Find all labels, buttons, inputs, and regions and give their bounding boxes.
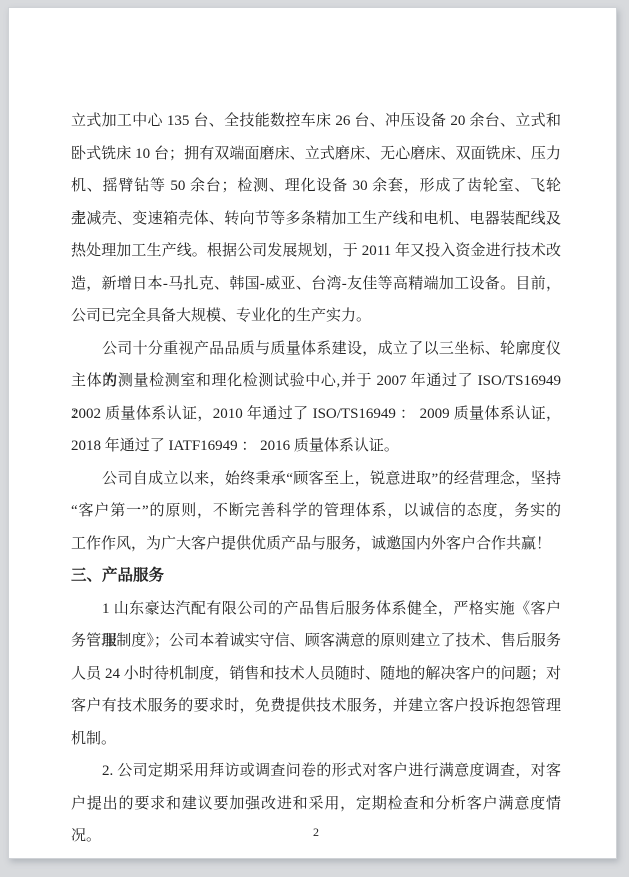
paragraph: 公司十分重视产品品质与质量体系建设，成立了以三坐标、轮廓度仪为 主体的测量检测室… — [71, 333, 561, 463]
text-line: 立式加工中心 135 台、全技能数控车床 26 台、冲压设备 20 余台、立式和 — [71, 105, 561, 138]
text-line: 公司自成立以来，始终秉承“顾客至上，锐意进取”的经营理念，坚持 — [71, 463, 561, 496]
text-line: 客户有技术服务的要求时，免费提供技术服务，并建立客户投诉抱怨管理 — [71, 690, 561, 723]
text-line: 人员 24 小时待机制度，销售和技术人员随时、随地的解决客户的问题；对 — [71, 658, 561, 691]
text-line: 主体的测量检测室和理化检测试验中心,并于 2007 年通过了 ISO/TS169… — [71, 365, 561, 398]
paragraph: 1 山东豪达汽配有限公司的产品售后服务体系健全，严格实施《客户服 务管理制度》；… — [71, 593, 561, 756]
text-line: 卧式铣床 10 台；拥有双端面磨床、立式磨床、无心磨床、双面铣床、压力 — [71, 138, 561, 171]
text-line: 2018 年通过了 IATF16949 ： 2016 质量体系认证。 — [71, 430, 561, 463]
paragraph: 立式加工中心 135 台、全技能数控车床 26 台、冲压设备 20 余台、立式和… — [71, 105, 561, 333]
section-heading: 三、产品服务 — [71, 560, 561, 593]
text-line: 2002 质量体系认证，2010 年通过了 ISO/TS16949 ： 2009… — [71, 398, 561, 431]
text-line: 机制。 — [71, 723, 561, 756]
text-line: 公司十分重视产品品质与质量体系建设，成立了以三坐标、轮廓度仪为 — [71, 333, 561, 366]
paragraph: 2. 公司定期采用拜访或调查问卷的形式对客户进行满意度调查，对客 户提出的要求和… — [71, 755, 561, 820]
text-line: 2. 公司定期采用拜访或调查问卷的形式对客户进行满意度调查，对客 — [71, 755, 561, 788]
document-page: 立式加工中心 135 台、全技能数控车床 26 台、冲压设备 20 余台、立式和… — [8, 7, 617, 859]
page-number: 2 — [71, 820, 561, 844]
text-line: 主减壳、变速箱壳体、转向节等多条精加工生产线和电机、电器装配线及 — [71, 203, 561, 236]
text-line: 工作作风，为广大客户提供优质产品与服务，诚邀国内外客户合作共赢！ — [71, 528, 561, 561]
text-line: “客户第一”的原则，不断完善科学的管理体系，以诚信的态度，务实的 — [71, 495, 561, 528]
text-line: 热处理加工生产线。根据公司发展规划，于 2011 年又投入资金进行技术改 — [71, 235, 561, 268]
text-line: 公司已完全具备大规模、专业化的生产实力。 — [71, 300, 561, 333]
text-line: 造，新增日本-马扎克、韩国-威亚、台湾-友佳等高精端加工设备。目前， — [71, 268, 561, 301]
text-line: 户提出的要求和建议要加强改进和采用，定期检查和分析客户满意度情况。 — [71, 788, 561, 821]
text-line: 机、摇臂钻等 50 余台；检测、理化设备 30 余套，形成了齿轮室、飞轮壳、 — [71, 170, 561, 203]
body-text: 立式加工中心 135 台、全技能数控车床 26 台、冲压设备 20 余台、立式和… — [71, 105, 561, 820]
text-line: 务管理制度》；公司本着诚实守信、顾客满意的原则建立了技术、售后服务 — [71, 625, 561, 658]
text-line: 1 山东豪达汽配有限公司的产品售后服务体系健全，严格实施《客户服 — [71, 593, 561, 626]
paragraph: 公司自成立以来，始终秉承“顾客至上，锐意进取”的经营理念，坚持 “客户第一”的原… — [71, 463, 561, 561]
